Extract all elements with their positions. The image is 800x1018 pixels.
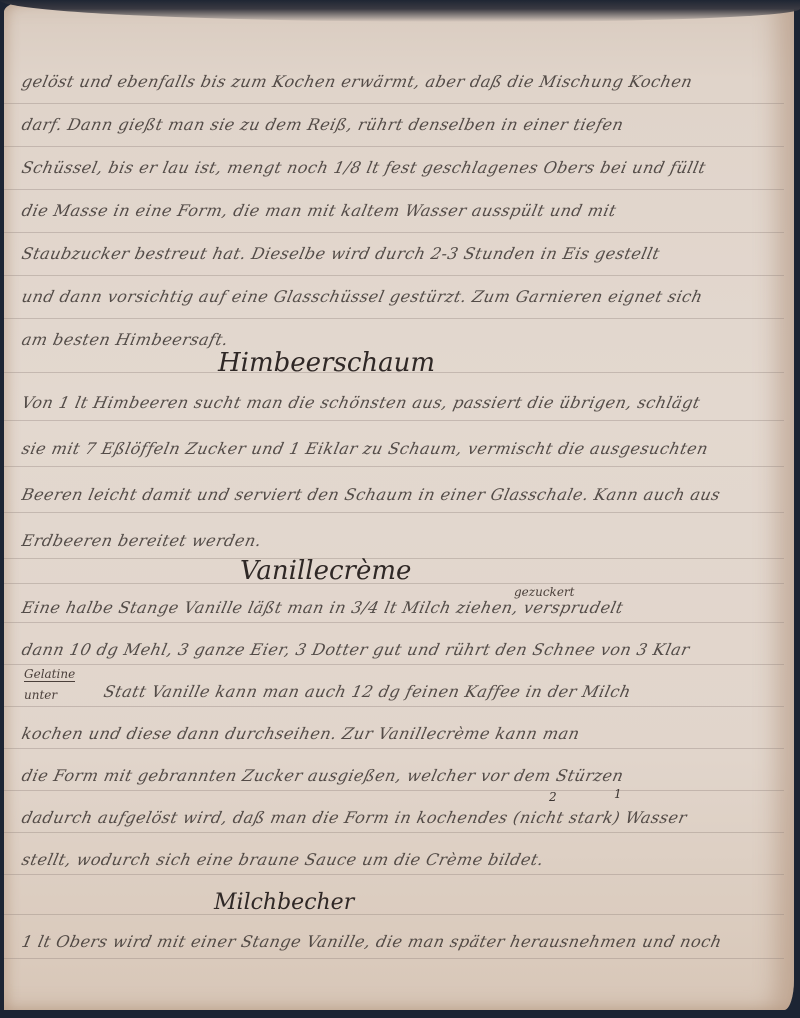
text-line: Statt Vanille kann man auch 12 dg feinen…	[102, 682, 796, 701]
margin-note: Gelatine	[24, 667, 75, 682]
text-line: und dann vorsichtig auf eine Glasschüsse…	[20, 287, 794, 306]
text-line: stellt, wodurch sich eine braune Sauce u…	[20, 850, 794, 869]
text-line: Erdbeeren bereitet werden.	[20, 531, 794, 550]
ruled-line	[4, 874, 784, 875]
ruled-line	[4, 790, 784, 791]
text-line: Schüssel, bis er lau ist, mengt noch 1/8…	[20, 158, 794, 177]
ruled-line	[4, 420, 784, 421]
ruled-line	[4, 466, 784, 467]
superscript-mark: 2	[549, 790, 557, 804]
ruled-line	[4, 189, 784, 190]
insertion-note: gezuckert	[514, 585, 575, 599]
text-line: die Form mit gebrannten Zucker ausgießen…	[20, 766, 794, 785]
ruled-line	[4, 914, 784, 915]
margin-note: unter	[24, 688, 57, 702]
ruled-line	[4, 664, 784, 665]
ruled-line	[4, 748, 784, 749]
text-line: dann 10 dg Mehl, 3 ganze Eier, 3 Dotter …	[20, 640, 794, 659]
ruled-line	[4, 103, 784, 104]
text-line: am besten Himbeersaft.	[20, 330, 794, 349]
ruled-line	[4, 512, 784, 513]
ruled-line	[4, 958, 784, 959]
text-line: dadurch aufgelöst wird, daß man die Form…	[20, 808, 794, 827]
ruled-line	[4, 832, 784, 833]
ruled-line	[4, 706, 784, 707]
recipe-title-milchbecher: Milchbecher	[214, 890, 354, 915]
text-line: die Masse in eine Form, die man mit kalt…	[20, 201, 794, 220]
notebook-page: gelöst und ebenfalls bis zum Kochen erwä…	[4, 0, 794, 1010]
recipe-title-himbeerschaum: Himbeerschaum	[218, 348, 435, 378]
ruled-line	[4, 146, 784, 147]
ruled-line	[4, 622, 784, 623]
text-line: sie mit 7 Eßlöffeln Zucker und 1 Eiklar …	[20, 439, 794, 458]
text-line: 1 lt Obers wird mit einer Stange Vanille…	[20, 932, 794, 951]
text-line: darf. Dann gießt man sie zu dem Reiß, rü…	[20, 115, 794, 134]
text-line: gelöst und ebenfalls bis zum Kochen erwä…	[20, 72, 794, 91]
ruled-line	[4, 275, 784, 276]
text-line: Eine halbe Stange Vanille läßt man in 3/…	[20, 598, 794, 617]
text-line: Von 1 lt Himbeeren sucht man die schönst…	[20, 393, 794, 412]
ruled-line	[4, 318, 784, 319]
text-line: Beeren leicht damit und serviert den Sch…	[20, 485, 794, 504]
superscript-mark: 1	[614, 787, 622, 801]
recipe-title-vanillecreme: Vanillecrème	[240, 556, 411, 586]
ruled-line	[4, 232, 784, 233]
text-line: Staubzucker bestreut hat. Dieselbe wird …	[20, 244, 794, 263]
text-line: kochen und diese dann durchseihen. Zur V…	[20, 724, 794, 743]
